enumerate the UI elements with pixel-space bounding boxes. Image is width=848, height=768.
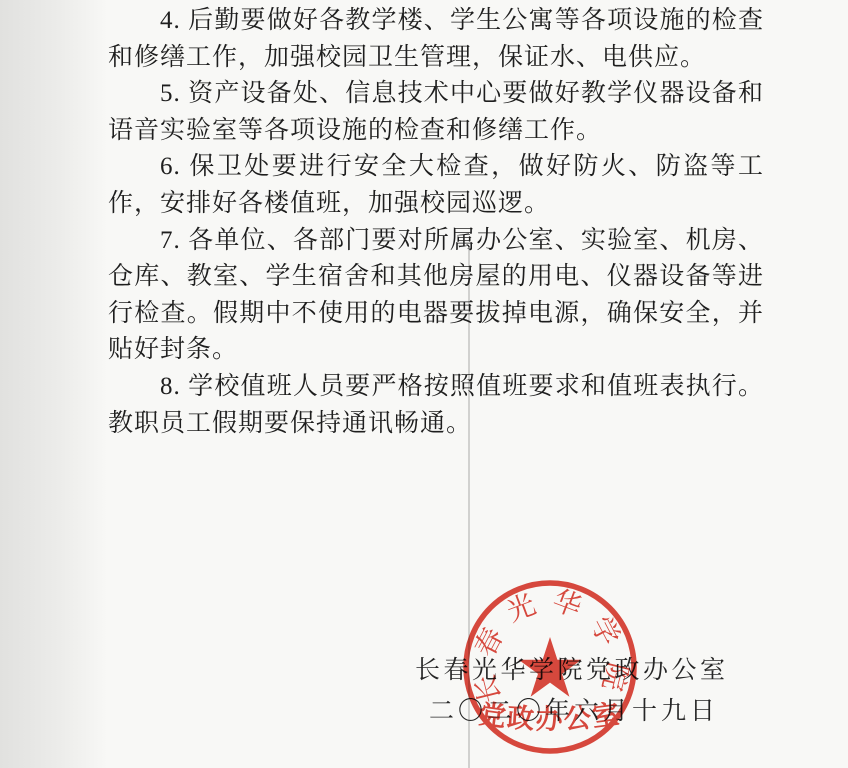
paragraph-8: 8. 学校值班人员要严格按照值班要求和值班表执行。教职员工假期要保持通讯畅通。 bbox=[108, 369, 764, 442]
paragraph-5: 5. 资产设备处、信息技术中心要做好教学仪器设备和语音实验室等各项设施的检查和修… bbox=[108, 76, 764, 149]
official-seal: 长春光华学院 党政办公室 bbox=[455, 572, 645, 762]
seal-bottom-text: 党政办公室 bbox=[477, 699, 623, 735]
paragraph-6: 6. 保卫处要进行安全大检查，做好防火、防盗等工作，安排好各楼值班，加强校园巡逻… bbox=[108, 149, 764, 222]
scanned-notice-page: 4. 后勤要做好各教学楼、学生公寓等各项设施的检查和修缮工作，加强校园卫生管理，… bbox=[0, 0, 848, 768]
notice-body: 4. 后勤要做好各教学楼、学生公寓等各项设施的检查和修缮工作，加强校园卫生管理，… bbox=[108, 3, 764, 442]
star-icon bbox=[519, 637, 582, 697]
scan-left-edge bbox=[0, 0, 108, 768]
paragraph-7: 7. 各单位、各部门要对所属办公室、实验室、机房、仓库、教室、学生宿舍和其他房屋… bbox=[108, 223, 764, 369]
paragraph-4: 4. 后勤要做好各教学楼、学生公寓等各项设施的检查和修缮工作，加强校园卫生管理，… bbox=[108, 3, 764, 76]
